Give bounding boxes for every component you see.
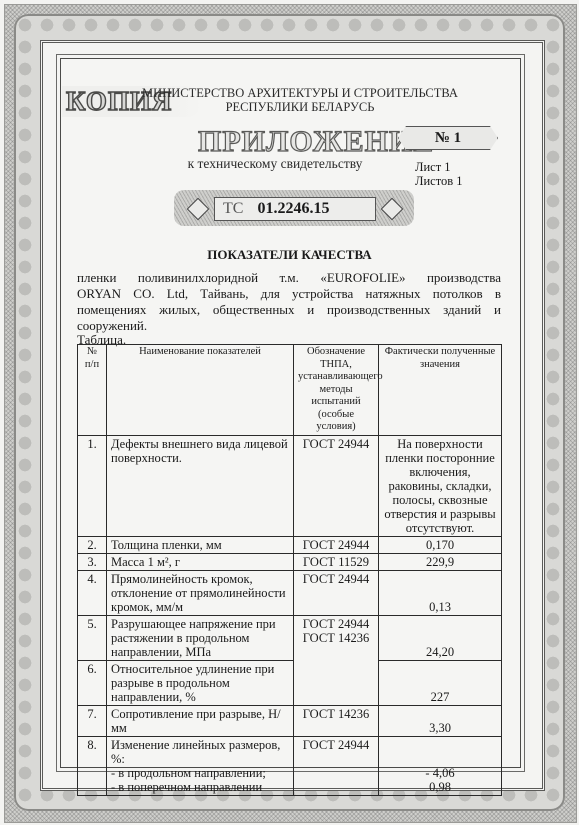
row-value: На поверхности пленки посторонние включе… [379,435,502,536]
header-standard: Обозначение ТНПА, устанавливающего метод… [294,345,379,436]
row-standard: ГОСТ 14236 [294,705,379,736]
row-standard: ГОСТ 24944 [294,736,379,795]
intro-paragraph: пленкиполивинилхлориднойт.м.«EUROFOLIE»п… [77,270,501,334]
intro-word: «EUROFOLIE» [320,270,405,286]
row-value: 227 [379,660,502,705]
intro-word: производства [427,270,501,286]
table-row: 5. Разрушающее напряжение при растяжении… [78,615,502,660]
row-standard: ГОСТ 24944 [294,536,379,553]
row-standard: ГОСТ 24944 [294,435,379,536]
header-name: Наименование показателей [107,345,294,436]
row-name: Прямолинейность кромок, отклонение от пр… [107,570,294,615]
sheets-total: Листов 1 [415,174,463,188]
row-value: 3,30 [379,705,502,736]
row-standard: ГОСТ 11529 [294,553,379,570]
row-num: 8. [78,736,107,795]
appendix-title: ПРИЛОЖЕНИЕ [198,125,434,159]
ministry-header: МИНИСТЕРСТВО АРХИТЕКТУРЫ И СТРОИТЕЛЬСТВА… [140,86,460,114]
row-name: Разрушающее напряжение при растяжении в … [107,615,294,660]
table-row: 1. Дефекты внешнего вида лицевой поверхн… [78,435,502,536]
intro-first-line: пленкиполивинилхлориднойт.м.«EUROFOLIE»п… [77,270,501,286]
row-value: 229,9 [379,553,502,570]
row-num: 7. [78,705,107,736]
intro-word: пленки [77,270,116,286]
row-num: 2. [78,536,107,553]
row-value: - 4,06 0,98 [379,736,502,795]
row-standard: ГОСТ 24944 [294,570,379,615]
row-value: 0,170 [379,536,502,553]
header-num: № п/п [78,345,107,436]
row-num: 1. [78,435,107,536]
intro-word: т.м. [279,270,298,286]
table-row: 2. Толщина пленки, мм ГОСТ 24944 0,170 [78,536,502,553]
row-num: 5. [78,615,107,660]
appendix-subtitle: к техническому свидетельству [160,156,390,172]
table-header-row: № п/п Наименование показателей Обозначен… [78,345,502,436]
intro-rest: ORYAN CO. Ltd, Тайвань, для устройства н… [77,286,501,334]
certificate-prefix: ТС [223,200,243,217]
table-row: 8. Изменение линейных размеров, %: - в п… [78,736,502,795]
row-value: 0,13 [379,570,502,615]
row-num: 4. [78,570,107,615]
row-standard: ГОСТ 24944 ГОСТ 14236 [294,615,379,705]
intro-word: поливинилхлоридной [138,270,258,286]
table-row: 6. Относительное удлинение при разрыве в… [78,660,502,705]
row-name: Дефекты внешнего вида лицевой поверхност… [107,435,294,536]
row-num: 3. [78,553,107,570]
sheet-info: Лист 1 Листов 1 [415,160,463,188]
ministry-line-1: МИНИСТЕРСТВО АРХИТЕКТУРЫ И СТРОИТЕЛЬСТВА [140,86,460,100]
appendix-number-badge: № 1 [398,126,498,150]
row-value: 24,20 [379,615,502,660]
row-num: 6. [78,660,107,705]
table-row: 3. Масса 1 м², г ГОСТ 11529 229,9 [78,553,502,570]
table-row: 7. Сопротивление при разрыве, Н/мм ГОСТ … [78,705,502,736]
section-heading: ПОКАЗАТЕЛИ КАЧЕСТВА [0,247,579,263]
sheet-number: Лист 1 [415,160,463,174]
ministry-line-2: РЕСПУБЛИКИ БЕЛАРУСЬ [140,100,460,114]
row-name: Сопротивление при разрыве, Н/мм [107,705,294,736]
row-name: Изменение линейных размеров, %: - в прод… [107,736,294,795]
table-row: 4. Прямолинейность кромок, отклонение от… [78,570,502,615]
row-name: Масса 1 м², г [107,553,294,570]
header-value: Фактически полученные значения [379,345,502,436]
row-name: Относительное удлинение при разрыве в пр… [107,660,294,705]
certificate-number-box: ТС01.2246.15 [214,197,376,221]
row-name: Толщина пленки, мм [107,536,294,553]
certificate-number: 01.2246.15 [257,200,329,217]
quality-indicators-table: № п/п Наименование показателей Обозначен… [77,344,502,796]
